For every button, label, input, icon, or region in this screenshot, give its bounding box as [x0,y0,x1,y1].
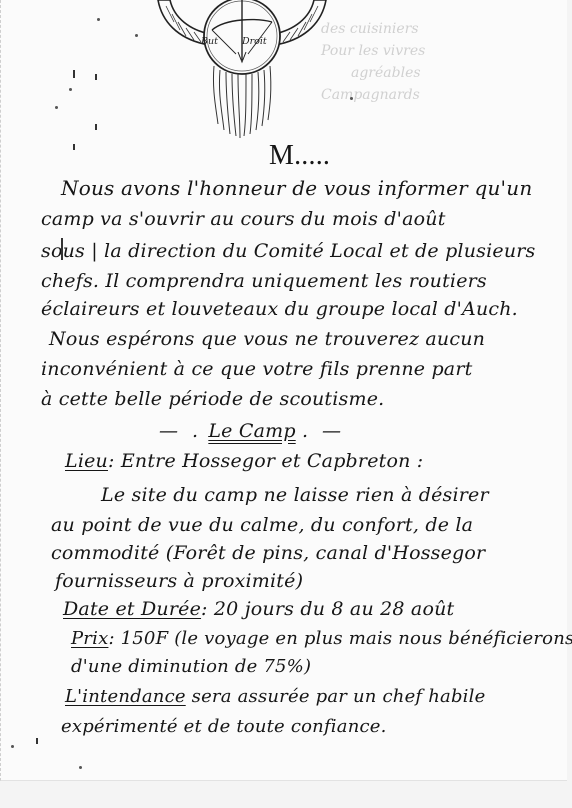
scan-speck [350,97,353,100]
emblem-motto-left: But [201,36,218,47]
lieu-description-line: au point de vue du calme, du confort, de… [51,514,473,536]
date-line: Date et Durée: 20 jours du 8 au 28 août [63,598,454,620]
paragraph-line: chefs. Il comprendra uniquement les rout… [41,270,487,292]
scan-speck [55,106,58,109]
paragraph-line: inconvénient à ce que votre fils prenne … [41,358,472,380]
prix-label: Prix [71,628,108,649]
bleed-line: Campagnards [321,84,551,106]
bleed-through-text: des cuisiniers Pour les vivres agréables… [321,18,551,106]
lieu-label: Lieu [65,450,108,472]
heading-suffix: . — [302,420,345,442]
lieu-description-line: commodité (Forêt de pins, canal d'Hosseg… [51,542,485,564]
lieu-description-line: Le site du camp ne laisse rien à désirer [101,484,489,506]
lieu-description-line: fournisseurs à proximité) [55,570,303,592]
intendance-line: L'intendance sera assurée par un chef ha… [65,686,485,707]
paragraph-line: Nous avons l'honneur de vous informer qu… [61,176,532,200]
scan-speck [69,88,72,91]
scan-speck [11,745,14,748]
scan-speck [135,34,138,37]
emblem-motto-right: Droit [242,36,267,47]
paragraph-line: sous | la direction du Comité Local et d… [41,240,536,262]
bleed-line: agréables [321,62,551,84]
prix-value-continued: d'une diminution de 75%) [71,656,311,677]
intendance-label: L'intendance [65,686,186,707]
bleed-line: Pour les vivres [321,40,551,62]
bow-and-arrow-buffalo-shield-icon [156,0,328,138]
lieu-line: Lieu: Entre Hossegor et Capbreton : [65,450,423,472]
scout-emblem: But Droit [156,0,328,138]
intendance-value-continued: expérimenté et de toute confiance. [61,716,387,737]
scan-speck [95,74,97,80]
prix-value: : 150F (le voyage en plus mais nous béné… [108,628,572,649]
date-value: : 20 jours du 8 au 28 août [201,598,454,620]
heading-prefix: — . [159,420,202,442]
lieu-value: : Entre Hossegor et Capbreton : [108,450,423,472]
paragraph-line: camp va s'ouvrir au cours du mois d'août [41,208,446,230]
paragraph-line: Nous espérons que vous ne trouverez aucu… [49,328,485,350]
scan-speck [95,124,97,130]
paragraph-line: à cette belle période de scoutisme. [41,388,384,410]
section-heading: — . Le Camp . — [159,420,345,442]
prix-line: Prix: 150F (le voyage en plus mais nous … [71,628,572,649]
date-label: Date et Durée [63,598,201,620]
scan-speck [36,738,38,744]
bleed-line: des cuisiniers [321,18,551,40]
scanned-letter-page: des cuisiniers Pour les vivres agréables… [0,0,567,781]
scan-speck [97,18,100,21]
salutation: M..... [269,140,330,172]
heading-title: Le Camp [208,420,295,442]
paragraph-line: éclaireurs et louveteaux du groupe local… [41,298,518,320]
scan-speck [73,70,75,78]
margin-bar-mark [61,238,63,260]
scan-speck [73,144,75,150]
scan-speck [79,766,82,769]
intendance-value: sera assurée par un chef habile [186,686,486,707]
